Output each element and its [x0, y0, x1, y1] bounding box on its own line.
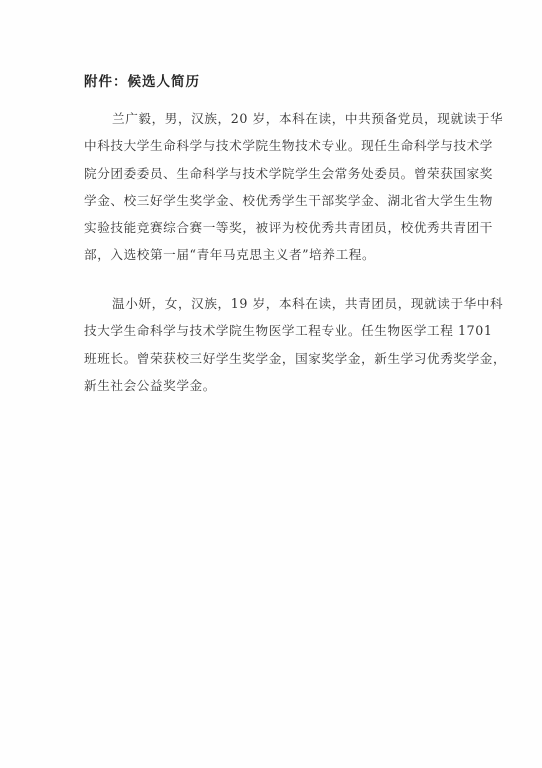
bio-line: 新生社会公益奖学金。 — [84, 372, 460, 399]
bio-line: 学金、校三好学生奖学金、校优秀学生干部奖学金、湖北省大学生生物 — [84, 187, 460, 214]
document-title: 附件：候选人简历 — [84, 70, 200, 90]
document-page: 附件：候选人简历 兰广毅，男，汉族，20 岁，本科在读，中共预备党员，现就读于华… — [0, 0, 542, 768]
bio-line: 实验技能竞赛综合赛一等奖，被评为校优秀共青团员，校优秀共青团干 — [84, 214, 460, 241]
candidate-bio-2: 温小妍，女，汉族，19 岁，本科在读，共青团员，现就读于华中科 技大学生命科学与… — [84, 290, 460, 399]
bio-line: 兰广毅，男，汉族，20 岁，本科在读，中共预备党员，现就读于华 — [84, 105, 460, 132]
bio-line: 温小妍，女，汉族，19 岁，本科在读，共青团员，现就读于华中科 — [84, 290, 460, 317]
bio-line: 部，入选校第一届“青年马克思主义者”培养工程。 — [84, 241, 460, 268]
candidate-bio-1: 兰广毅，男，汉族，20 岁，本科在读，中共预备党员，现就读于华 中科技大学生命科… — [84, 105, 460, 269]
bio-line: 院分团委委员、生命科学与技术学院学生会常务处委员。曾荣获国家奖 — [84, 160, 460, 187]
bio-line: 中科技大学生命科学与技术学院生物技术专业。现任生命科学与技术学 — [84, 132, 460, 159]
bio-line: 技大学生命科学与技术学院生物医学工程专业。任生物医学工程 1701 — [84, 317, 460, 344]
bio-line: 班班长。曾荣获校三好学生奖学金，国家奖学金，新生学习优秀奖学金， — [84, 345, 460, 372]
